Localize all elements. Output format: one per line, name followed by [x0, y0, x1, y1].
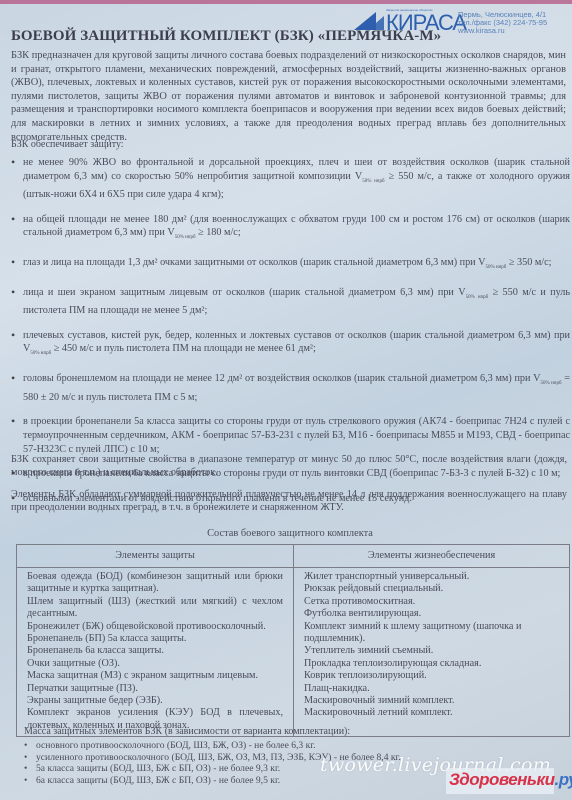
header-life-support-elements: Элементы жизнеобеспечения: [294, 545, 570, 568]
life-support-element-item: Маскировочный зимний комплект.: [304, 695, 559, 707]
temperature-note: БЗК сохраняет свои защитные свойства в д…: [11, 453, 567, 479]
table-header-row: Элементы защиты Элементы жизнеобеспечени…: [17, 545, 570, 568]
life-support-elements-cell: Жилет транспортный универсальный.Рюкзак …: [294, 568, 570, 737]
page-title: БОЕВОЙ ЗАЩИТНЫЙ КОМПЛЕКТ (БЗК) «ПЕРМЯЧКА…: [11, 28, 441, 45]
protection-element-item: Бронежилет (БЖ) общевойсковой противооск…: [27, 621, 283, 633]
life-support-element-item: Прокладка теплоизолирующая складная.: [304, 658, 559, 670]
protection-item: головы бронешлемом на площади не менее 1…: [10, 372, 570, 404]
composition-title: Состав боевого защитного комплекта: [10, 528, 570, 539]
mass-item: основного противоосколочного (БОД, ШЗ, Б…: [24, 740, 401, 752]
protection-element-item: Боевая одежда (БОД) (комбинезон защитный…: [27, 571, 283, 596]
protection-element-item: Маска защитная (МЗ) с экраном защитным л…: [27, 670, 283, 682]
life-support-element-item: Сетка противомоскитная.: [304, 596, 559, 608]
protection-element-item: Перчатки защитные (ПЗ).: [27, 683, 283, 695]
buoyancy-note: Элементы БЗК обладают суммарной положите…: [11, 488, 567, 514]
protection-element-item: Экраны защитные бедер (ЭЗБ).: [27, 695, 283, 707]
mass-heading: Масса защитных элементов БЗК (в зависимо…: [24, 726, 350, 737]
life-support-element-item: Жилет транспортный универсальный.: [304, 571, 559, 583]
protection-item: в проекции бронепанели 5а класса защиты …: [10, 415, 570, 456]
table-row: Боевая одежда (БОД) (комбинезон защитный…: [17, 568, 570, 737]
life-support-element-item: Комплект зимний к шлему защитному (шапоч…: [304, 621, 559, 646]
life-support-element-item: Плащ-накидка.: [304, 683, 559, 695]
protection-heading: БЗК обеспечивает защиту:: [11, 139, 124, 150]
protection-item: на общей площади не менее 180 дм² (для в…: [10, 213, 570, 245]
protection-element-item: Шлем защитный (ШЗ) (жесткий или мягкий) …: [27, 596, 283, 621]
protection-item: лица и шеи экраном защитным лицевым от о…: [10, 286, 570, 318]
protection-item: плечевых суставов, кистей рук, бедер, ко…: [10, 329, 570, 361]
site-watermark-text: Здоровеньки.ру: [449, 770, 572, 790]
life-support-element-item: Коврик теплоизолирующий.: [304, 670, 559, 682]
life-support-element-item: Маскировочный летний комплект.: [304, 707, 559, 719]
top-edge-strip: [0, 0, 572, 4]
intro-paragraph: БЗК предназначен для круговой защиты лич…: [11, 49, 566, 144]
site-watermark: Здоровеньки.ру: [446, 768, 554, 794]
protection-item: глаз и лица на площади 1,3 дм² очками за…: [10, 256, 570, 275]
protection-item: не менее 90% ЖВО во фронтальной и дорсал…: [10, 156, 570, 202]
header-protection-elements: Элементы защиты: [17, 545, 294, 568]
mass-item: 6а класса защиты (БОД, ШЗ, БЖ с БП, ОЗ) …: [24, 775, 401, 787]
protection-element-item: Бронепанель (БП) 5а класса защиты.: [27, 633, 283, 645]
company-contacts: Пермь, Челюскинцев, 4/1 тел./факс (342) …: [458, 11, 547, 35]
protection-element-item: Очки защитные (ОЗ).: [27, 658, 283, 670]
life-support-element-item: Утеплитель зимний съемный.: [304, 645, 559, 657]
life-support-element-item: Рюкзак рейдовый специальный.: [304, 583, 559, 595]
life-support-element-item: Футболка вентилирующая.: [304, 608, 559, 620]
protection-elements-cell: Боевая одежда (БОД) (комбинезон защитный…: [17, 568, 294, 737]
company-website: www.kirasa.ru: [458, 27, 547, 35]
composition-table: Элементы защиты Элементы жизнеобеспечени…: [16, 544, 570, 737]
protection-element-item: Бронепанель 6а класса защиты.: [27, 645, 283, 657]
